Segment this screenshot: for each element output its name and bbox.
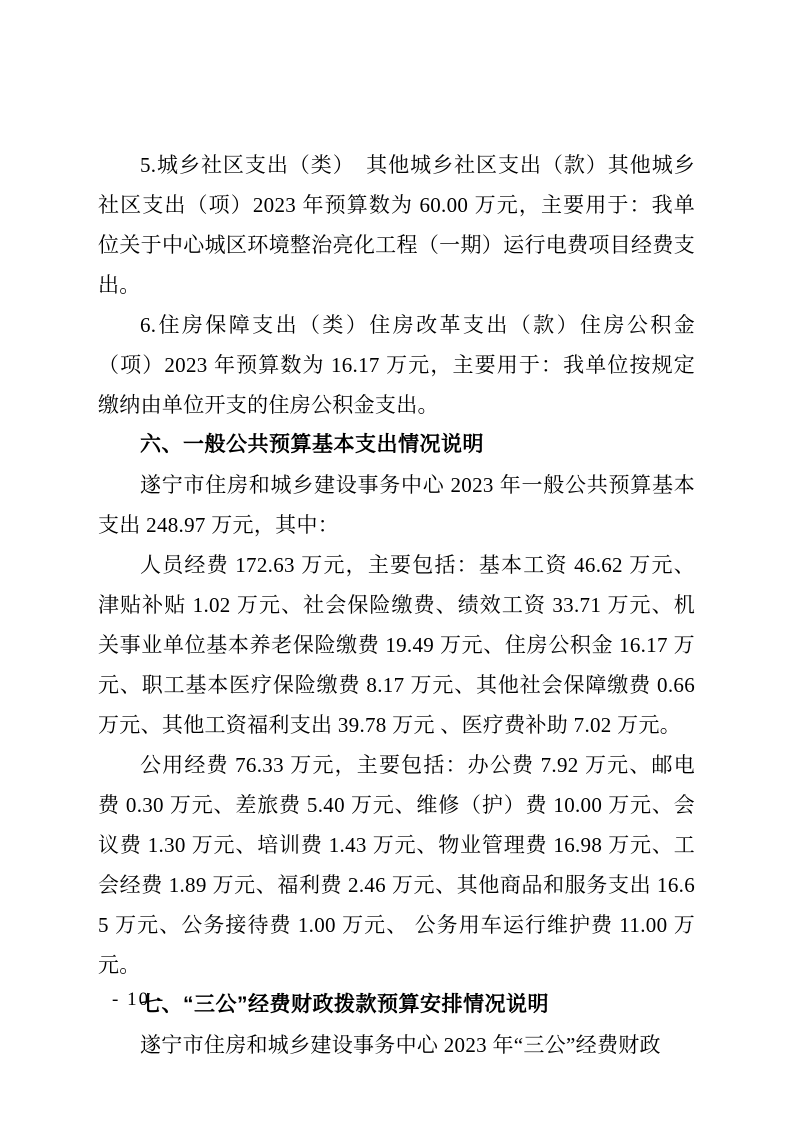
heading-section-7-three-public-funds: 七、“三公”经费财政拨款预算安排情况说明 <box>98 985 695 1025</box>
heading-section-6-basic-expenditure: 六、一般公共预算基本支出情况说明 <box>98 425 695 465</box>
paragraph-public-expenses: 公用经费 76.33 万元，主要包括：办公费 7.92 万元、邮电费 0.30 … <box>98 745 695 985</box>
paragraph-urban-community-expenditure: 5.城乡社区支出（类） 其他城乡社区支出（款）其他城乡社区支出（项）2023 年… <box>98 145 695 305</box>
page-number: - 10 - <box>112 986 165 1014</box>
document-page: 5.城乡社区支出（类） 其他城乡社区支出（款）其他城乡社区支出（项）2023 年… <box>0 0 793 1122</box>
paragraph-basic-expenditure-total: 遂宁市住房和城乡建设事务中心 2023 年一般公共预算基本支出 248.97 万… <box>98 465 695 545</box>
paragraph-three-public-funds-intro: 遂宁市住房和城乡建设事务中心 2023 年“三公”经费财政 <box>98 1025 695 1065</box>
paragraph-housing-security-expenditure: 6.住房保障支出（类）住房改革支出（款）住房公积金（项）2023 年预算数为 1… <box>98 305 695 425</box>
paragraph-personnel-expenses: 人员经费 172.63 万元，主要包括：基本工资 46.62 万元、津贴补贴 1… <box>98 545 695 745</box>
page-content: 5.城乡社区支出（类） 其他城乡社区支出（款）其他城乡社区支出（项）2023 年… <box>98 145 695 1065</box>
